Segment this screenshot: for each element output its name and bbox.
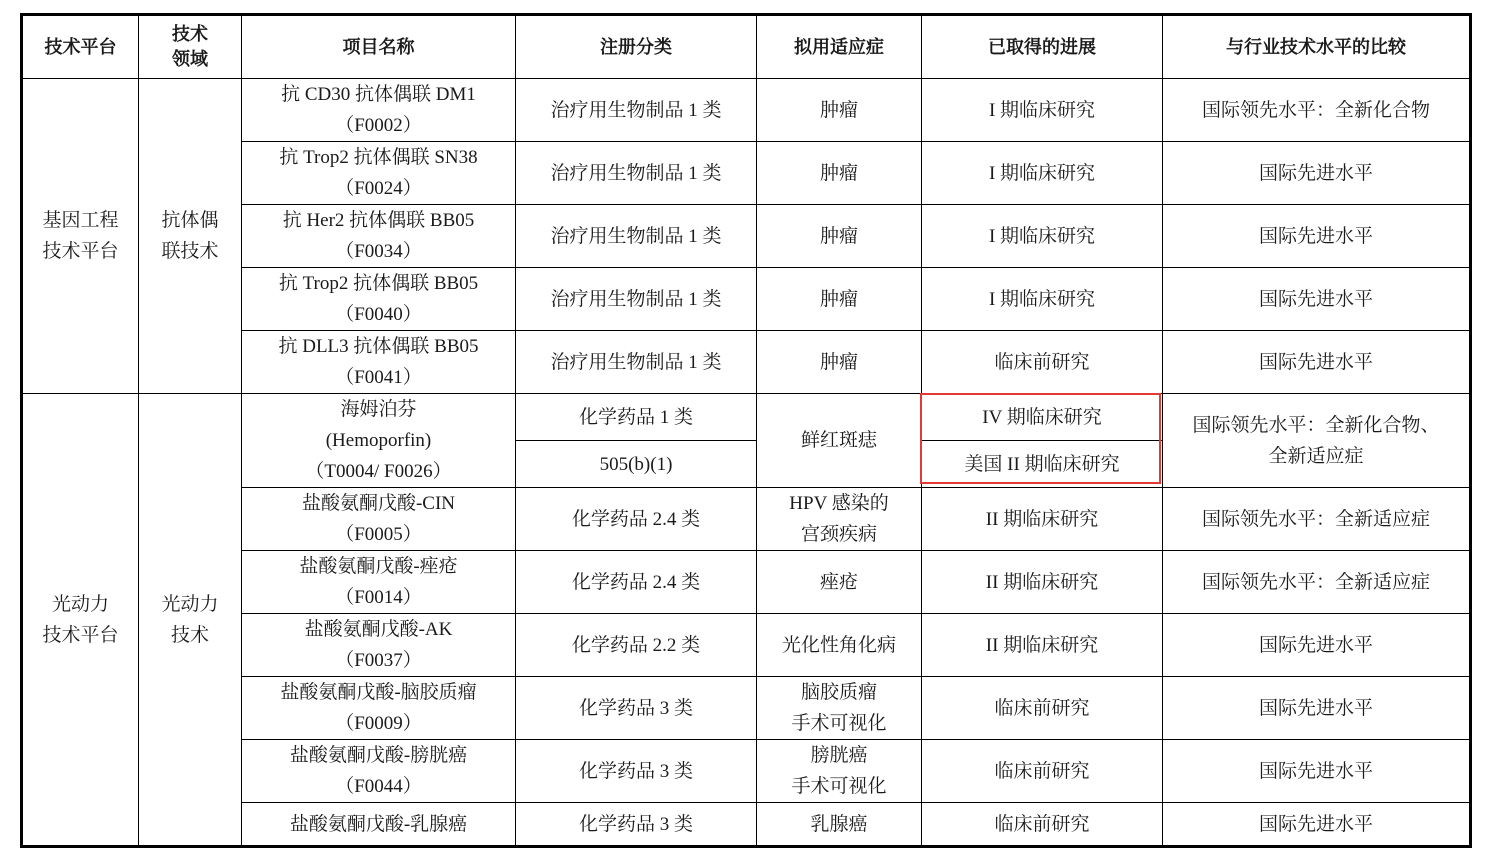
project-name: (Hemoporfin): [246, 425, 511, 456]
project-code: （F0024）: [246, 173, 511, 204]
project-code: （F0044）: [246, 771, 511, 802]
field-cell: 光动力技术: [139, 394, 242, 847]
progress-cell: 美国 II 期临床研究: [922, 441, 1163, 488]
project-name: 盐酸氨酮戊酸-CIN: [246, 488, 511, 519]
indication-cell: 肿瘤: [757, 331, 922, 394]
progress-cell: I 期临床研究: [922, 205, 1163, 268]
indication-cell: 光化性角化病: [757, 614, 922, 677]
category-cell: 化学药品 1 类: [516, 394, 757, 441]
project-name-cell: 盐酸氨酮戊酸-痤疮（F0014）: [242, 551, 516, 614]
indication-cell: 肿瘤: [757, 79, 922, 142]
header-category: 注册分类: [516, 15, 757, 79]
project-name-cell: 盐酸氨酮戊酸-脑胶质瘤（F0009）: [242, 677, 516, 740]
project-name-cell: 抗 Trop2 抗体偶联 BB05（F0040）: [242, 268, 516, 331]
progress-cell: II 期临床研究: [922, 551, 1163, 614]
indication-cell: HPV 感染的宫颈疾病: [757, 488, 922, 551]
progress-cell: I 期临床研究: [922, 268, 1163, 331]
comparison-cell: 国际先进水平: [1163, 142, 1471, 205]
project-code: （F0037）: [246, 645, 511, 676]
header-field: 技术领域: [139, 15, 242, 79]
category-cell: 治疗用生物制品 1 类: [516, 268, 757, 331]
project-name: 抗 DLL3 抗体偶联 BB05: [246, 331, 511, 362]
project-name-cell: 抗 CD30 抗体偶联 DM1（F0002）: [242, 79, 516, 142]
platform-cell: 基因工程技术平台: [22, 79, 139, 394]
category-cell: 化学药品 2.2 类: [516, 614, 757, 677]
comparison-cell: 国际先进水平: [1163, 205, 1471, 268]
comparison-cell: 国际领先水平：全新适应症: [1163, 551, 1471, 614]
header-text: 拟用适应症: [794, 37, 884, 58]
indication-cell: 肿瘤: [757, 205, 922, 268]
indication-cell: 乳腺癌: [757, 803, 922, 847]
project-name: （T0004/ F0026）: [246, 456, 511, 487]
progress-cell: II 期临床研究: [922, 488, 1163, 551]
header-platform: 技术平台: [22, 15, 139, 79]
project-name: 盐酸氨酮戊酸-脑胶质瘤: [246, 677, 511, 708]
project-name: 盐酸氨酮戊酸-膀胱癌: [246, 740, 511, 771]
progress-cell: 临床前研究: [922, 803, 1163, 847]
project-name-cell: 盐酸氨酮戊酸-CIN（F0005）: [242, 488, 516, 551]
field-cell: 抗体偶联技术: [139, 79, 242, 394]
project-name: 抗 Trop2 抗体偶联 SN38: [246, 142, 511, 173]
indication-cell: 痤疮: [757, 551, 922, 614]
indication-cell: 肿瘤: [757, 268, 922, 331]
comparison-cell: 国际领先水平：全新适应症: [1163, 488, 1471, 551]
comparison-cell: 国际领先水平：全新化合物、全新适应症: [1163, 394, 1471, 488]
project-name-cell: 海姆泊芬(Hemoporfin)（T0004/ F0026）: [242, 394, 516, 488]
progress-cell: II 期临床研究: [922, 614, 1163, 677]
project-name-cell: 抗 DLL3 抗体偶联 BB05（F0041）: [242, 331, 516, 394]
progress-cell: 临床前研究: [922, 677, 1163, 740]
category-cell: 505(b)(1): [516, 441, 757, 488]
category-cell: 化学药品 3 类: [516, 803, 757, 847]
indication-cell: 脑胶质瘤手术可视化: [757, 677, 922, 740]
header-text: 与行业技术水平的比较: [1226, 37, 1406, 58]
project-name: 海姆泊芬: [246, 394, 511, 425]
comparison-cell: 国际先进水平: [1163, 677, 1471, 740]
project-code: （F0002）: [246, 110, 511, 141]
comparison-cell: 国际先进水平: [1163, 614, 1471, 677]
platform-cell: 光动力技术平台: [22, 394, 139, 847]
table-row: 基因工程技术平台抗体偶联技术抗 CD30 抗体偶联 DM1（F0002）治疗用生…: [22, 79, 1471, 142]
category-cell: 化学药品 3 类: [516, 740, 757, 803]
project-name-cell: 抗 Her2 抗体偶联 BB05（F0034）: [242, 205, 516, 268]
project-code: （F0041）: [246, 362, 511, 393]
header-project-name: 项目名称: [242, 15, 516, 79]
project-code: （F0034）: [246, 236, 511, 267]
header-row: 技术平台 技术领域 项目名称 注册分类 拟用适应症 已取得的进展 与行业技术水平…: [22, 15, 1471, 79]
header-text: 领域: [143, 47, 237, 72]
project-name: 盐酸氨酮戊酸-痤疮: [246, 551, 511, 582]
progress-cell: 临床前研究: [922, 740, 1163, 803]
comparison-cell: 国际先进水平: [1163, 740, 1471, 803]
project-name: 抗 Trop2 抗体偶联 BB05: [246, 268, 511, 299]
project-name-cell: 抗 Trop2 抗体偶联 SN38（F0024）: [242, 142, 516, 205]
project-name-cell: 盐酸氨酮戊酸-膀胱癌（F0044）: [242, 740, 516, 803]
indication-cell: 肿瘤: [757, 142, 922, 205]
progress-cell: I 期临床研究: [922, 79, 1163, 142]
indication-cell: 膀胱癌手术可视化: [757, 740, 922, 803]
project-name-cell: 盐酸氨酮戊酸-乳腺癌: [242, 803, 516, 847]
project-code: （F0005）: [246, 519, 511, 550]
header-comparison: 与行业技术水平的比较: [1163, 15, 1471, 79]
category-cell: 化学药品 3 类: [516, 677, 757, 740]
category-cell: 化学药品 2.4 类: [516, 551, 757, 614]
progress-cell: IV 期临床研究: [922, 394, 1163, 441]
comparison-cell: 国际先进水平: [1163, 331, 1471, 394]
project-name: 抗 Her2 抗体偶联 BB05: [246, 205, 511, 236]
header-indication: 拟用适应症: [757, 15, 922, 79]
category-cell: 治疗用生物制品 1 类: [516, 79, 757, 142]
project-name-cell: 盐酸氨酮戊酸-AK（F0037）: [242, 614, 516, 677]
table-row: 光动力技术平台光动力技术海姆泊芬(Hemoporfin)（T0004/ F002…: [22, 394, 1471, 441]
project-code: （F0014）: [246, 582, 511, 613]
comparison-cell: 国际领先水平：全新化合物: [1163, 79, 1471, 142]
project-name: 抗 CD30 抗体偶联 DM1: [246, 79, 511, 110]
project-code: （F0040）: [246, 299, 511, 330]
header-text: 已取得的进展: [988, 37, 1096, 58]
progress-cell: I 期临床研究: [922, 142, 1163, 205]
project-name: 盐酸氨酮戊酸-AK: [246, 614, 511, 645]
category-cell: 治疗用生物制品 1 类: [516, 205, 757, 268]
header-text: 技术: [143, 22, 237, 47]
progress-cell: 临床前研究: [922, 331, 1163, 394]
header-text: 技术平台: [45, 37, 117, 58]
indication-cell: 鲜红斑痣: [757, 394, 922, 488]
project-code: （F0009）: [246, 708, 511, 739]
drug-pipeline-table: 技术平台 技术领域 项目名称 注册分类 拟用适应症 已取得的进展 与行业技术水平…: [20, 13, 1472, 848]
header-text: 注册分类: [600, 37, 672, 58]
comparison-cell: 国际先进水平: [1163, 268, 1471, 331]
project-name: 盐酸氨酮戊酸-乳腺癌: [246, 809, 511, 840]
category-cell: 治疗用生物制品 1 类: [516, 331, 757, 394]
header-progress: 已取得的进展: [922, 15, 1163, 79]
header-text: 项目名称: [343, 37, 415, 58]
comparison-cell: 国际先进水平: [1163, 803, 1471, 847]
category-cell: 化学药品 2.4 类: [516, 488, 757, 551]
category-cell: 治疗用生物制品 1 类: [516, 142, 757, 205]
